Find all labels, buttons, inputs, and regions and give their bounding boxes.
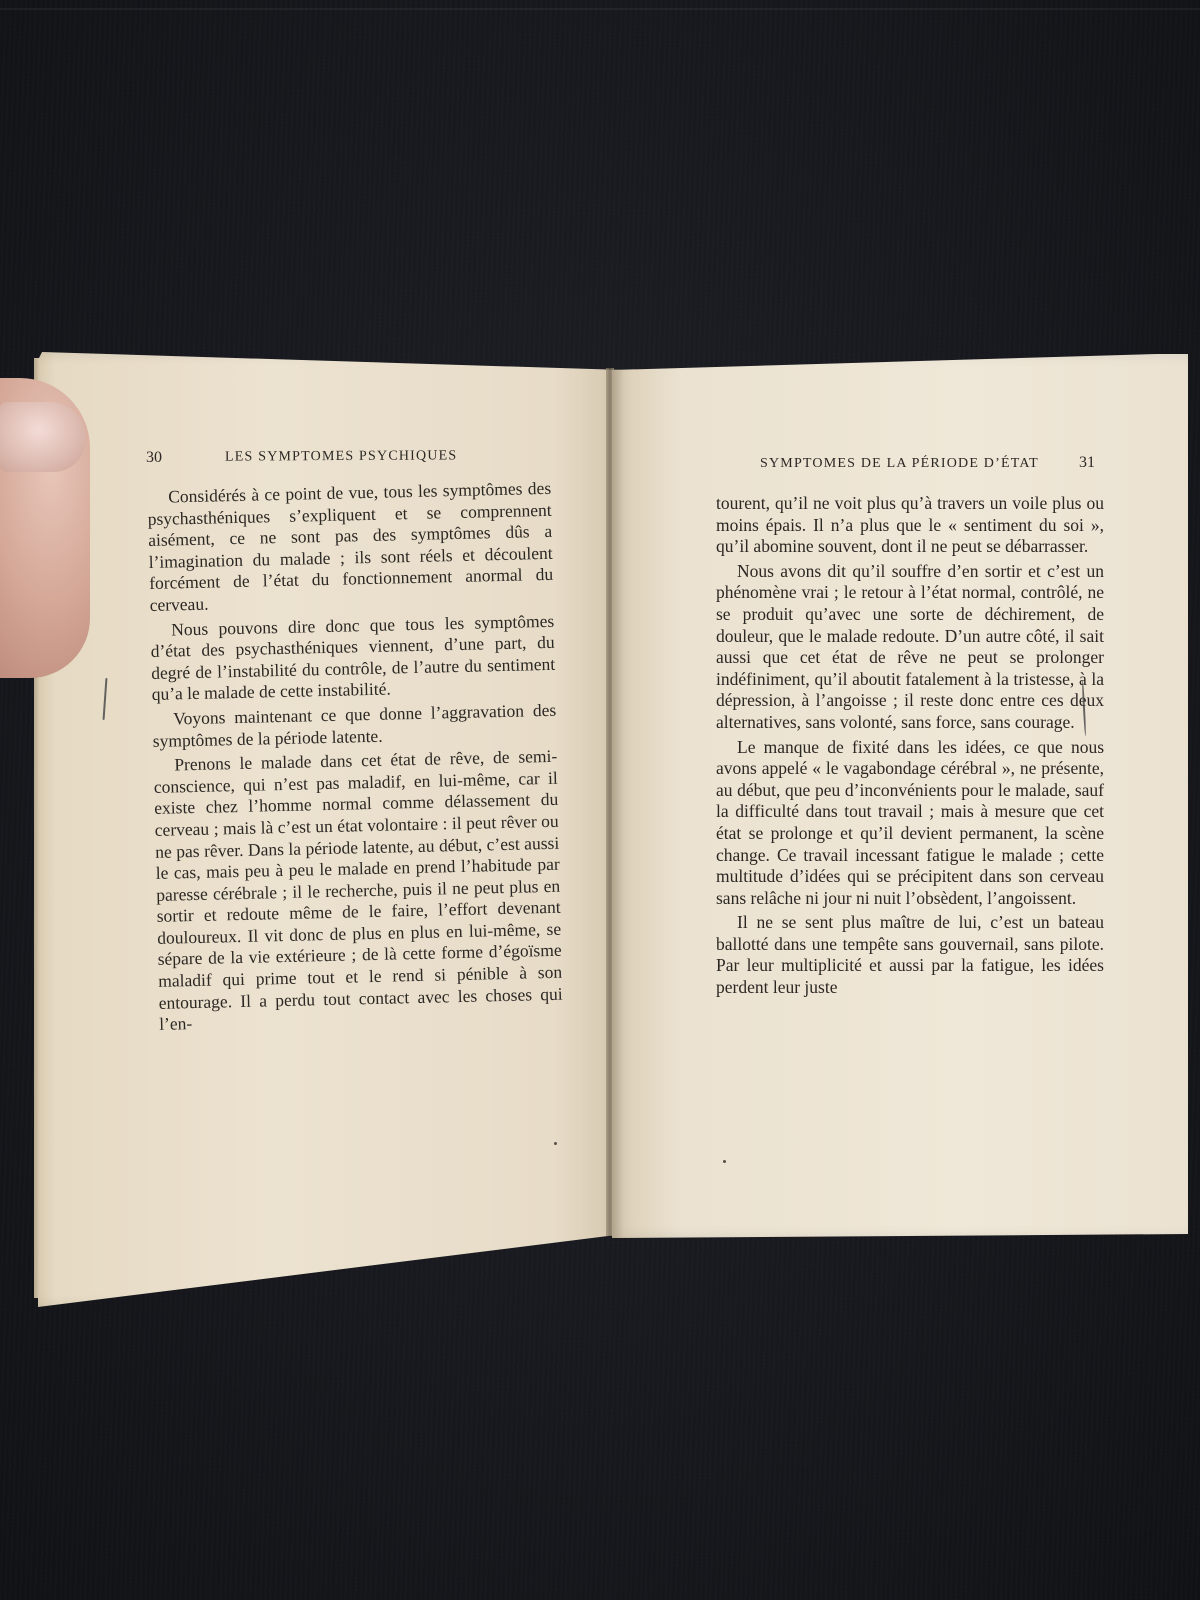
left-page: 30 LES SYMPTOMES PSYCHIQUES Considérés à…: [38, 352, 624, 1307]
right-running-head: SYMPTOMES DE LA PÉRIODE D’ÉTAT: [760, 456, 1039, 472]
right-page: SYMPTOMES DE LA PÉRIODE D’ÉTAT 31 touren…: [612, 354, 1188, 1238]
right-page-body: tourent, qu’il ne voit plus qu’à travers…: [716, 493, 1104, 1002]
paragraph: Nous pouvons dire donc que tous les symp…: [150, 610, 556, 706]
fabric-seam: [0, 8, 1200, 10]
thumbnail: [0, 402, 86, 472]
paragraph: Considérés à ce point de vue, tous les s…: [147, 478, 554, 617]
paper-speck: [723, 1160, 726, 1163]
paper-speck: [554, 1142, 557, 1145]
left-page-number: 30: [146, 449, 162, 467]
paragraph: Le manque de fixité dans les idées, ce q…: [716, 737, 1104, 910]
left-running-head: LES SYMPTOMES PSYCHIQUES: [225, 448, 457, 465]
paragraph: Il ne se sent plus maître de lui, c’est …: [716, 912, 1104, 998]
paragraph: Voyons maintenant ce que donne l’aggrava…: [152, 700, 557, 752]
paragraph-continuation: tourent, qu’il ne voit plus qu’à travers…: [716, 493, 1104, 558]
paragraph: Nous avons dit qu’il souffre d’en sortir…: [716, 561, 1104, 734]
paragraph: Prenons le malade dans cet état de rêve,…: [153, 746, 563, 1036]
left-page-body: Considérés à ce point de vue, tous les s…: [147, 478, 563, 1039]
right-page-number: 31: [1079, 454, 1095, 472]
open-book: 30 LES SYMPTOMES PSYCHIQUES Considérés à…: [38, 352, 1188, 1312]
